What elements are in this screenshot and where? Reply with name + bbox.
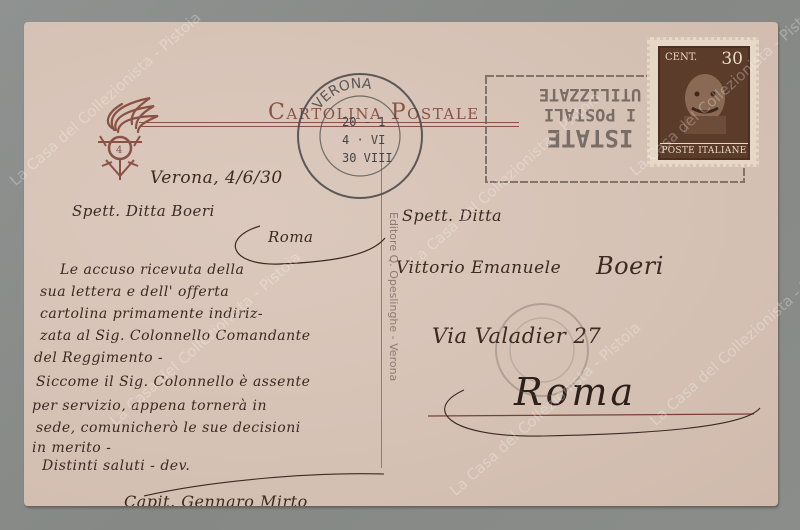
svg-text:20 - 1: 20 - 1 [342,115,385,129]
address-surname: Boeri [596,252,664,280]
message-line: in merito - [32,440,111,456]
king-portrait-icon [674,70,736,134]
address-line1: Spett. Ditta [402,206,502,225]
message-line: zata al Sig. Colonnello Comandante [40,328,311,344]
signature: Capit. Gennaro Mirto [124,492,308,506]
stamp-face: CENT. 30 POSTE ITALIANE [658,46,750,160]
message-line: del Reggimento - [34,350,163,366]
svg-text:30 VIII: 30 VIII [342,151,393,165]
svg-text:4 · VI: 4 · VI [342,133,385,147]
city-underline-flourish-icon [424,368,764,448]
message-line: sua lettera e dell' offerta [40,284,229,300]
flourish-icon [220,218,390,278]
machine-cancel-text: ISTATE I POSTALI UTILIZZATE [510,84,670,152]
verona-postmark-icon: VERONA 20 - 1 4 · VI 30 VIII [294,70,426,202]
message-line: sede, comunicherò le sue decisioni [36,420,301,436]
message-line: Le accuso ricevuta della [60,262,244,278]
address-name: Vittorio Emanuele [396,258,561,278]
svg-text:4: 4 [116,145,122,156]
place-date: Verona, 4/6/30 [150,168,283,188]
message-line: cartolina primamente indiriz- [40,306,263,322]
stamp-cent-label: CENT. [665,52,697,63]
message-line: per servizio, appena tornerà in [32,398,267,414]
stamp-value: 30 [721,49,743,69]
postage-stamp: CENT. 30 POSTE ITALIANE [647,37,759,167]
stamp-country: POSTE ITALIANE [660,143,748,156]
svg-text:VERONA: VERONA [310,76,373,113]
greeting: Spett. Ditta Boeri [72,202,215,220]
faint-postmark-icon [490,300,594,400]
message-line: Siccome il Sig. Colonnello è assente [36,374,310,390]
